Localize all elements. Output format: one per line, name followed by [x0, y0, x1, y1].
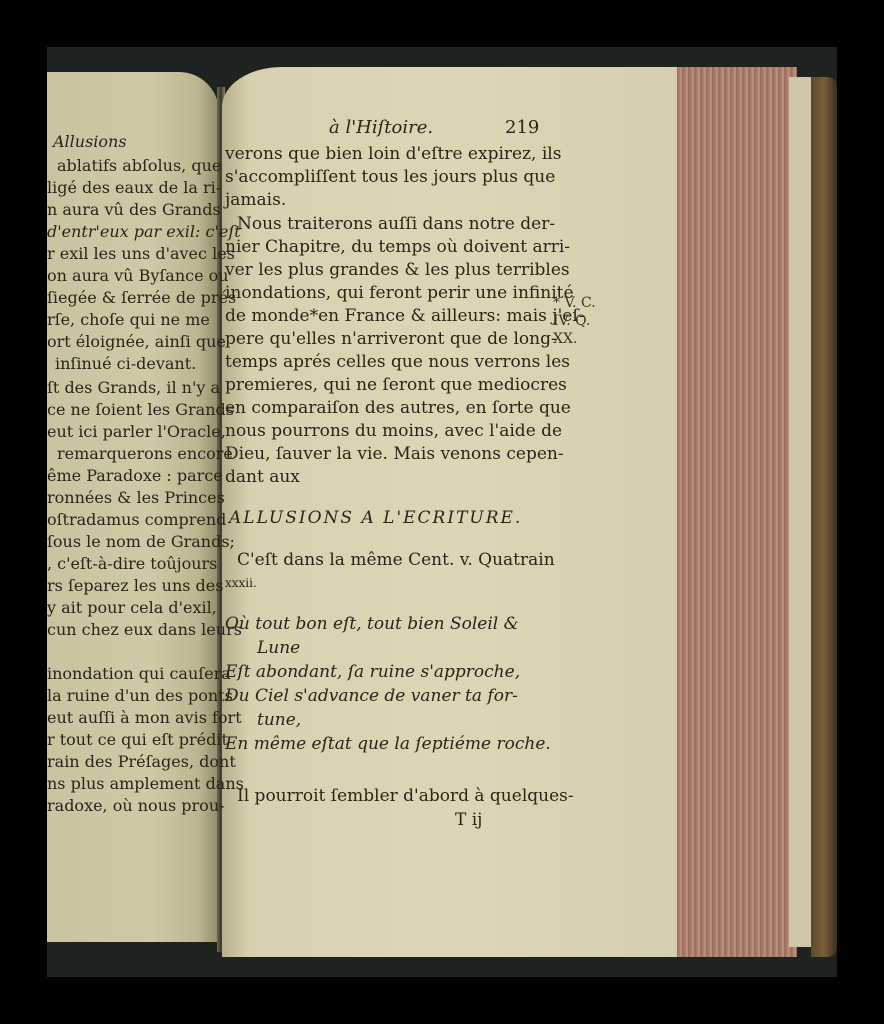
text-line: inondations, qui feront perir une infini…	[225, 282, 574, 304]
text-line: s'accompliſſent tous les jours plus que	[225, 166, 555, 188]
text-line: ronnées & les Princes	[47, 487, 225, 509]
quatrain-line: Eſt abondant, ſa ruine s'approche,	[225, 661, 520, 683]
text-line: Dieu, ſauver la vie. Mais venons cepen-	[225, 443, 564, 465]
signature-mark: T ij	[455, 809, 482, 831]
text-line: oſtradamus comprend	[47, 509, 226, 531]
text-line: d'entr'eux par exil: c'eſt	[47, 221, 241, 243]
text-line: rain des Préſages, dont	[47, 751, 236, 773]
text-line: eut ici parler l'Oracle,	[47, 421, 226, 443]
text-line: ce ne ſoient les Grands	[47, 399, 234, 421]
text-line: nier Chapitre, du temps où doivent arri-	[225, 236, 570, 258]
text-line: ns plus amplement dans	[47, 773, 244, 795]
text-line: y ait pour cela d'exil,	[47, 597, 217, 619]
text-line: ſous le nom de Grands;	[47, 531, 235, 553]
text-line: ſt des Grands, il n'y a	[47, 377, 220, 399]
text-line: dant aux	[225, 466, 300, 488]
text-line: rſe, choſe qui ne me	[47, 309, 210, 331]
text-line: verons que bien loin d'eſtre expirez, il…	[225, 143, 561, 165]
text-line: cun chez eux dans leurs	[47, 619, 242, 641]
page-number: 219	[505, 117, 539, 139]
text-line: C'eſt dans la même Cent. v. Quatrain	[237, 549, 555, 571]
text-line: en comparaiſon des autres, en ſorte que	[225, 397, 571, 419]
text-line: ſiegée & ſerrée de prés	[47, 287, 236, 309]
text-line: Nous traiterons auſſi dans notre der-	[237, 213, 555, 235]
quatrain-line: Du Ciel s'advance de vaner ta for-	[225, 685, 518, 707]
text-line: ver les plus grandes & les plus terrible…	[225, 259, 570, 281]
right-running-head: à l'Hiſtoire.	[329, 117, 433, 139]
text-line: r exil les uns d'avec les	[47, 243, 235, 265]
quatrain-line: tune,	[257, 709, 301, 731]
text-line: ort éloignée, ainſi que	[47, 331, 226, 353]
section-heading: ALLUSIONS A L'ECRITURE.	[229, 507, 522, 529]
quatrain-line: En même eſtat que la ſeptiéme roche.	[225, 733, 551, 755]
left-running-head: Allusions	[53, 131, 127, 153]
text-line: ablatifs abſolus, que	[57, 155, 221, 177]
text-line: jamais.	[225, 189, 286, 211]
text-line: nous pourrons du moins, avec l'aide de	[225, 420, 562, 442]
text-line: temps aprés celles que nous verrons les	[225, 351, 570, 373]
text-line: r tout ce qui eſt prédit	[47, 729, 228, 751]
text-line: ligé des eaux de la ri-	[47, 177, 221, 199]
text-line: n aura vû des Grands	[47, 199, 221, 221]
text-line: , c'eſt-à-dire toûjours	[47, 553, 217, 575]
margin-note: * V. C.	[553, 295, 596, 311]
text-line: on aura vû Byſance ou	[47, 265, 229, 287]
text-line: radoxe, où nous prou-	[47, 795, 225, 817]
text-line: de monde*en France & ailleurs: mais j'eſ…	[225, 305, 584, 327]
text-line: ême Paradoxe : parce	[47, 465, 223, 487]
margin-note: IV. Q.	[553, 313, 590, 329]
quatrain-line: Lune	[257, 637, 300, 659]
margin-note: XX.	[553, 331, 577, 347]
red-speckled-fore-edge	[677, 67, 797, 957]
book-photograph: Allusions ablatifs abſolus, que ligé des…	[47, 47, 837, 977]
text-line: inondation qui cauſera	[47, 663, 231, 685]
text-line: xxxii.	[225, 572, 257, 594]
text-line: Il pourroit ſembler d'abord à quelques-	[237, 785, 574, 807]
text-line: premieres, qui ne ſeront que mediocres	[225, 374, 567, 396]
text-line: pere qu'elles n'arriveront que de long-	[225, 328, 557, 350]
text-line: inſinué ci-devant.	[55, 353, 196, 375]
text-line: eut auſſi à mon avis fort	[47, 707, 242, 729]
text-line: rs ſeparez les uns des	[47, 575, 223, 597]
leather-cover	[811, 77, 837, 957]
endpaper	[789, 77, 813, 947]
text-line: remarquerons encore	[57, 443, 233, 465]
quatrain-line: Où tout bon eſt, tout bien Soleil &	[225, 613, 519, 635]
text-line: la ruine d'un des ponts	[47, 685, 233, 707]
